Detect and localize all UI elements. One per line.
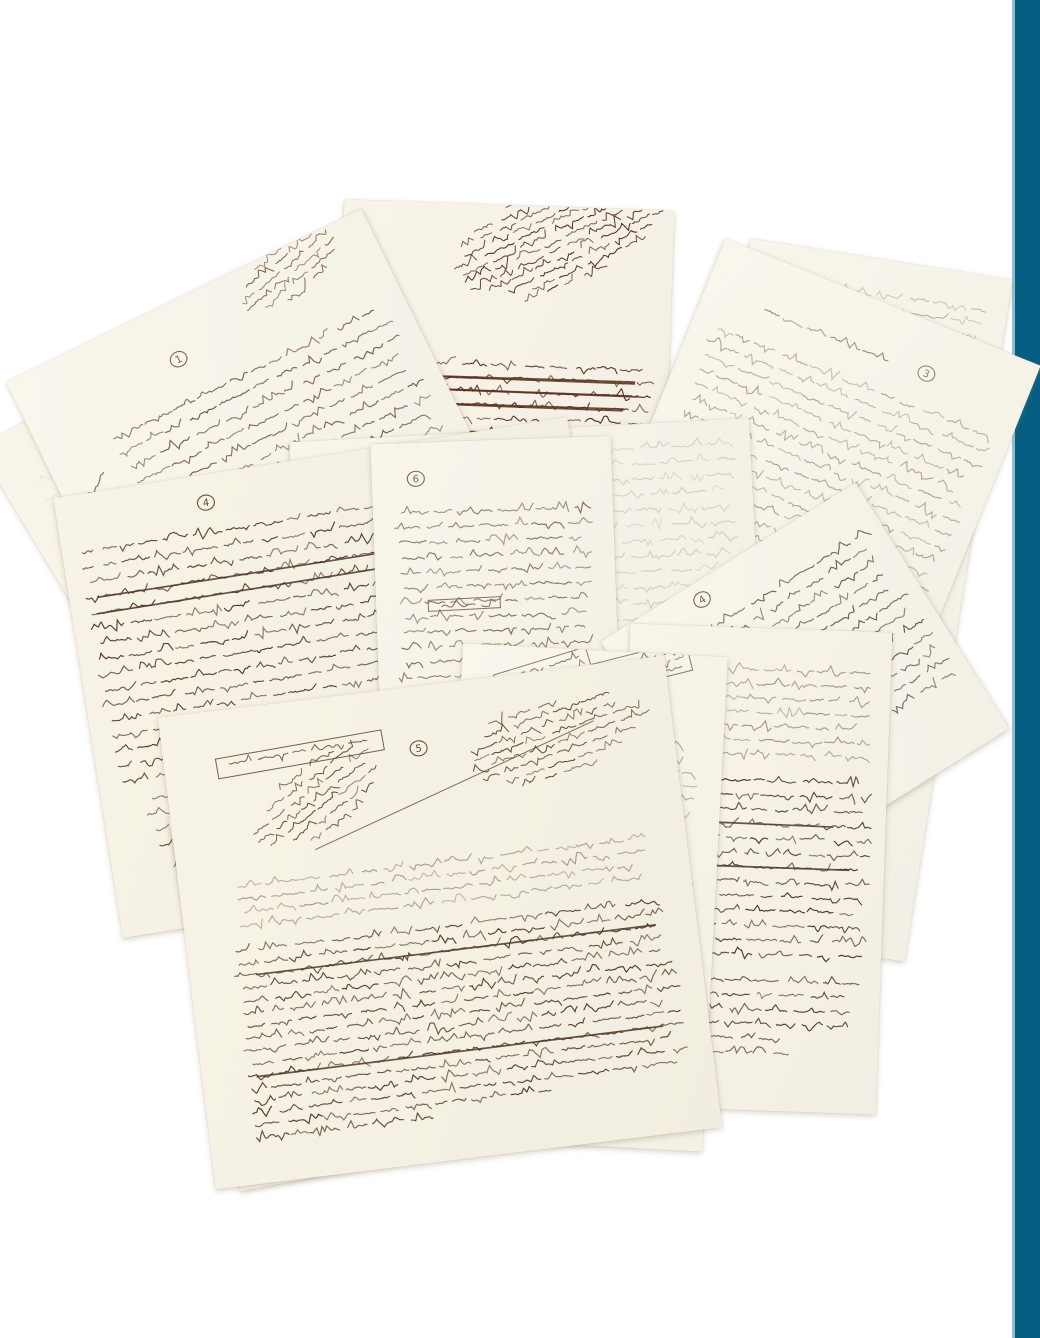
accent-bar-body [1015,0,1040,1338]
handwriting-svg: 5 [158,656,722,1190]
svg-text:6: 6 [412,474,419,485]
page-number-annotation: 6 [407,471,425,487]
svg-text:3: 3 [921,368,931,381]
manuscript-pile: 314645 [0,0,1040,1338]
page-number-annotation: 4 [196,494,215,511]
boxed-annotation [215,730,384,779]
page-number-annotation: 1 [168,349,190,370]
svg-text:1: 1 [174,354,185,367]
catalog-plate: 314645 [0,0,1040,1338]
page-number-annotation: 3 [916,363,937,383]
page-number-annotation: 5 [409,740,428,757]
accent-bar [1012,0,1040,1338]
page-number-annotation: 4 [691,589,713,611]
svg-text:5: 5 [415,743,423,755]
svg-text:4: 4 [697,594,708,607]
boxed-annotation [428,597,500,612]
manuscript-page-page-5-bottom-big: 5 [158,656,722,1190]
svg-text:4: 4 [202,498,210,510]
